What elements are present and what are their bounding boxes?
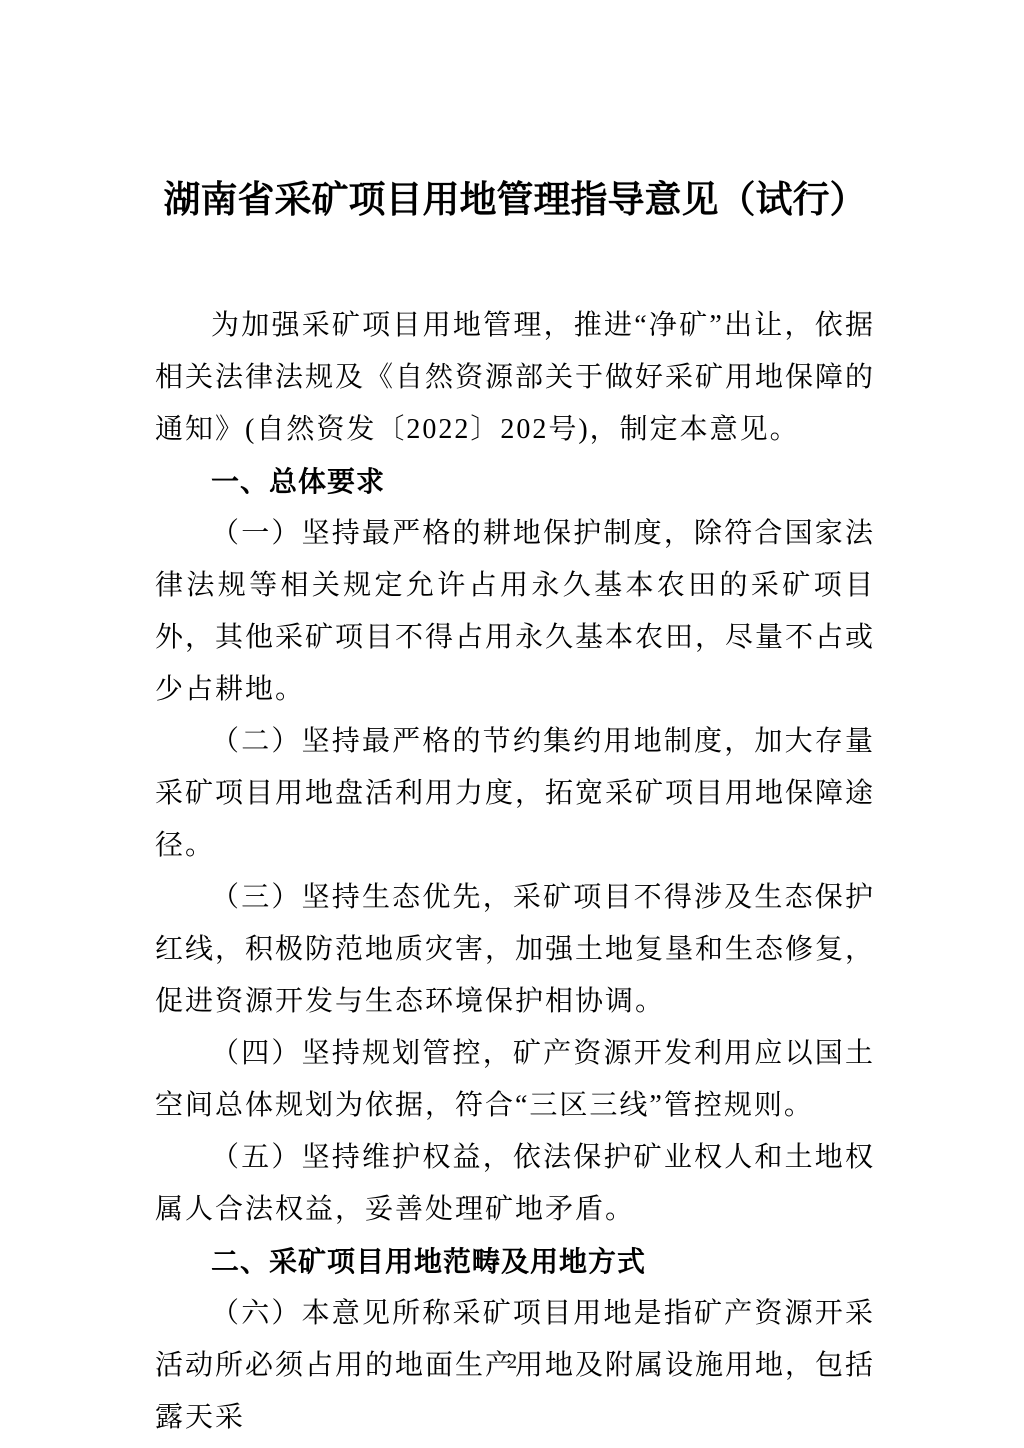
body-paragraph: 为加强采矿项目用地管理，推进“净矿”出让，依据相关法律法规及《自然资源部关于做好… <box>155 300 875 456</box>
section-heading: 二、采矿项目用地范畴及用地方式 <box>155 1236 875 1288</box>
body-paragraph: （一）坚持最严格的耕地保护制度，除符合国家法律法规等相关规定允许占用永久基本农田… <box>155 508 875 716</box>
document-page: 湖南省采矿项目用地管理指导意见（试行） 为加强采矿项目用地管理，推进“净矿”出让… <box>0 0 1024 1448</box>
page-number: 2 <box>0 1349 1024 1374</box>
document-title: 湖南省采矿项目用地管理指导意见（试行） <box>155 176 875 224</box>
body-paragraph: （三）坚持生态优先，采矿项目不得涉及生态保护红线，积极防范地质灾害，加强土地复垦… <box>155 872 875 1028</box>
body-paragraph: （四）坚持规划管控，矿产资源开发利用应以国土空间总体规划为依据，符合“三区三线”… <box>155 1028 875 1132</box>
body-paragraph: （五）坚持维护权益，依法保护矿业权人和土地权属人合法权益，妥善处理矿地矛盾。 <box>155 1132 875 1236</box>
section-heading: 一、总体要求 <box>155 456 875 508</box>
document-body: 为加强采矿项目用地管理，推进“净矿”出让，依据相关法律法规及《自然资源部关于做好… <box>155 300 875 1444</box>
body-paragraph: （二）坚持最严格的节约集约用地制度，加大存量采矿项目用地盘活利用力度，拓宽采矿项… <box>155 716 875 872</box>
